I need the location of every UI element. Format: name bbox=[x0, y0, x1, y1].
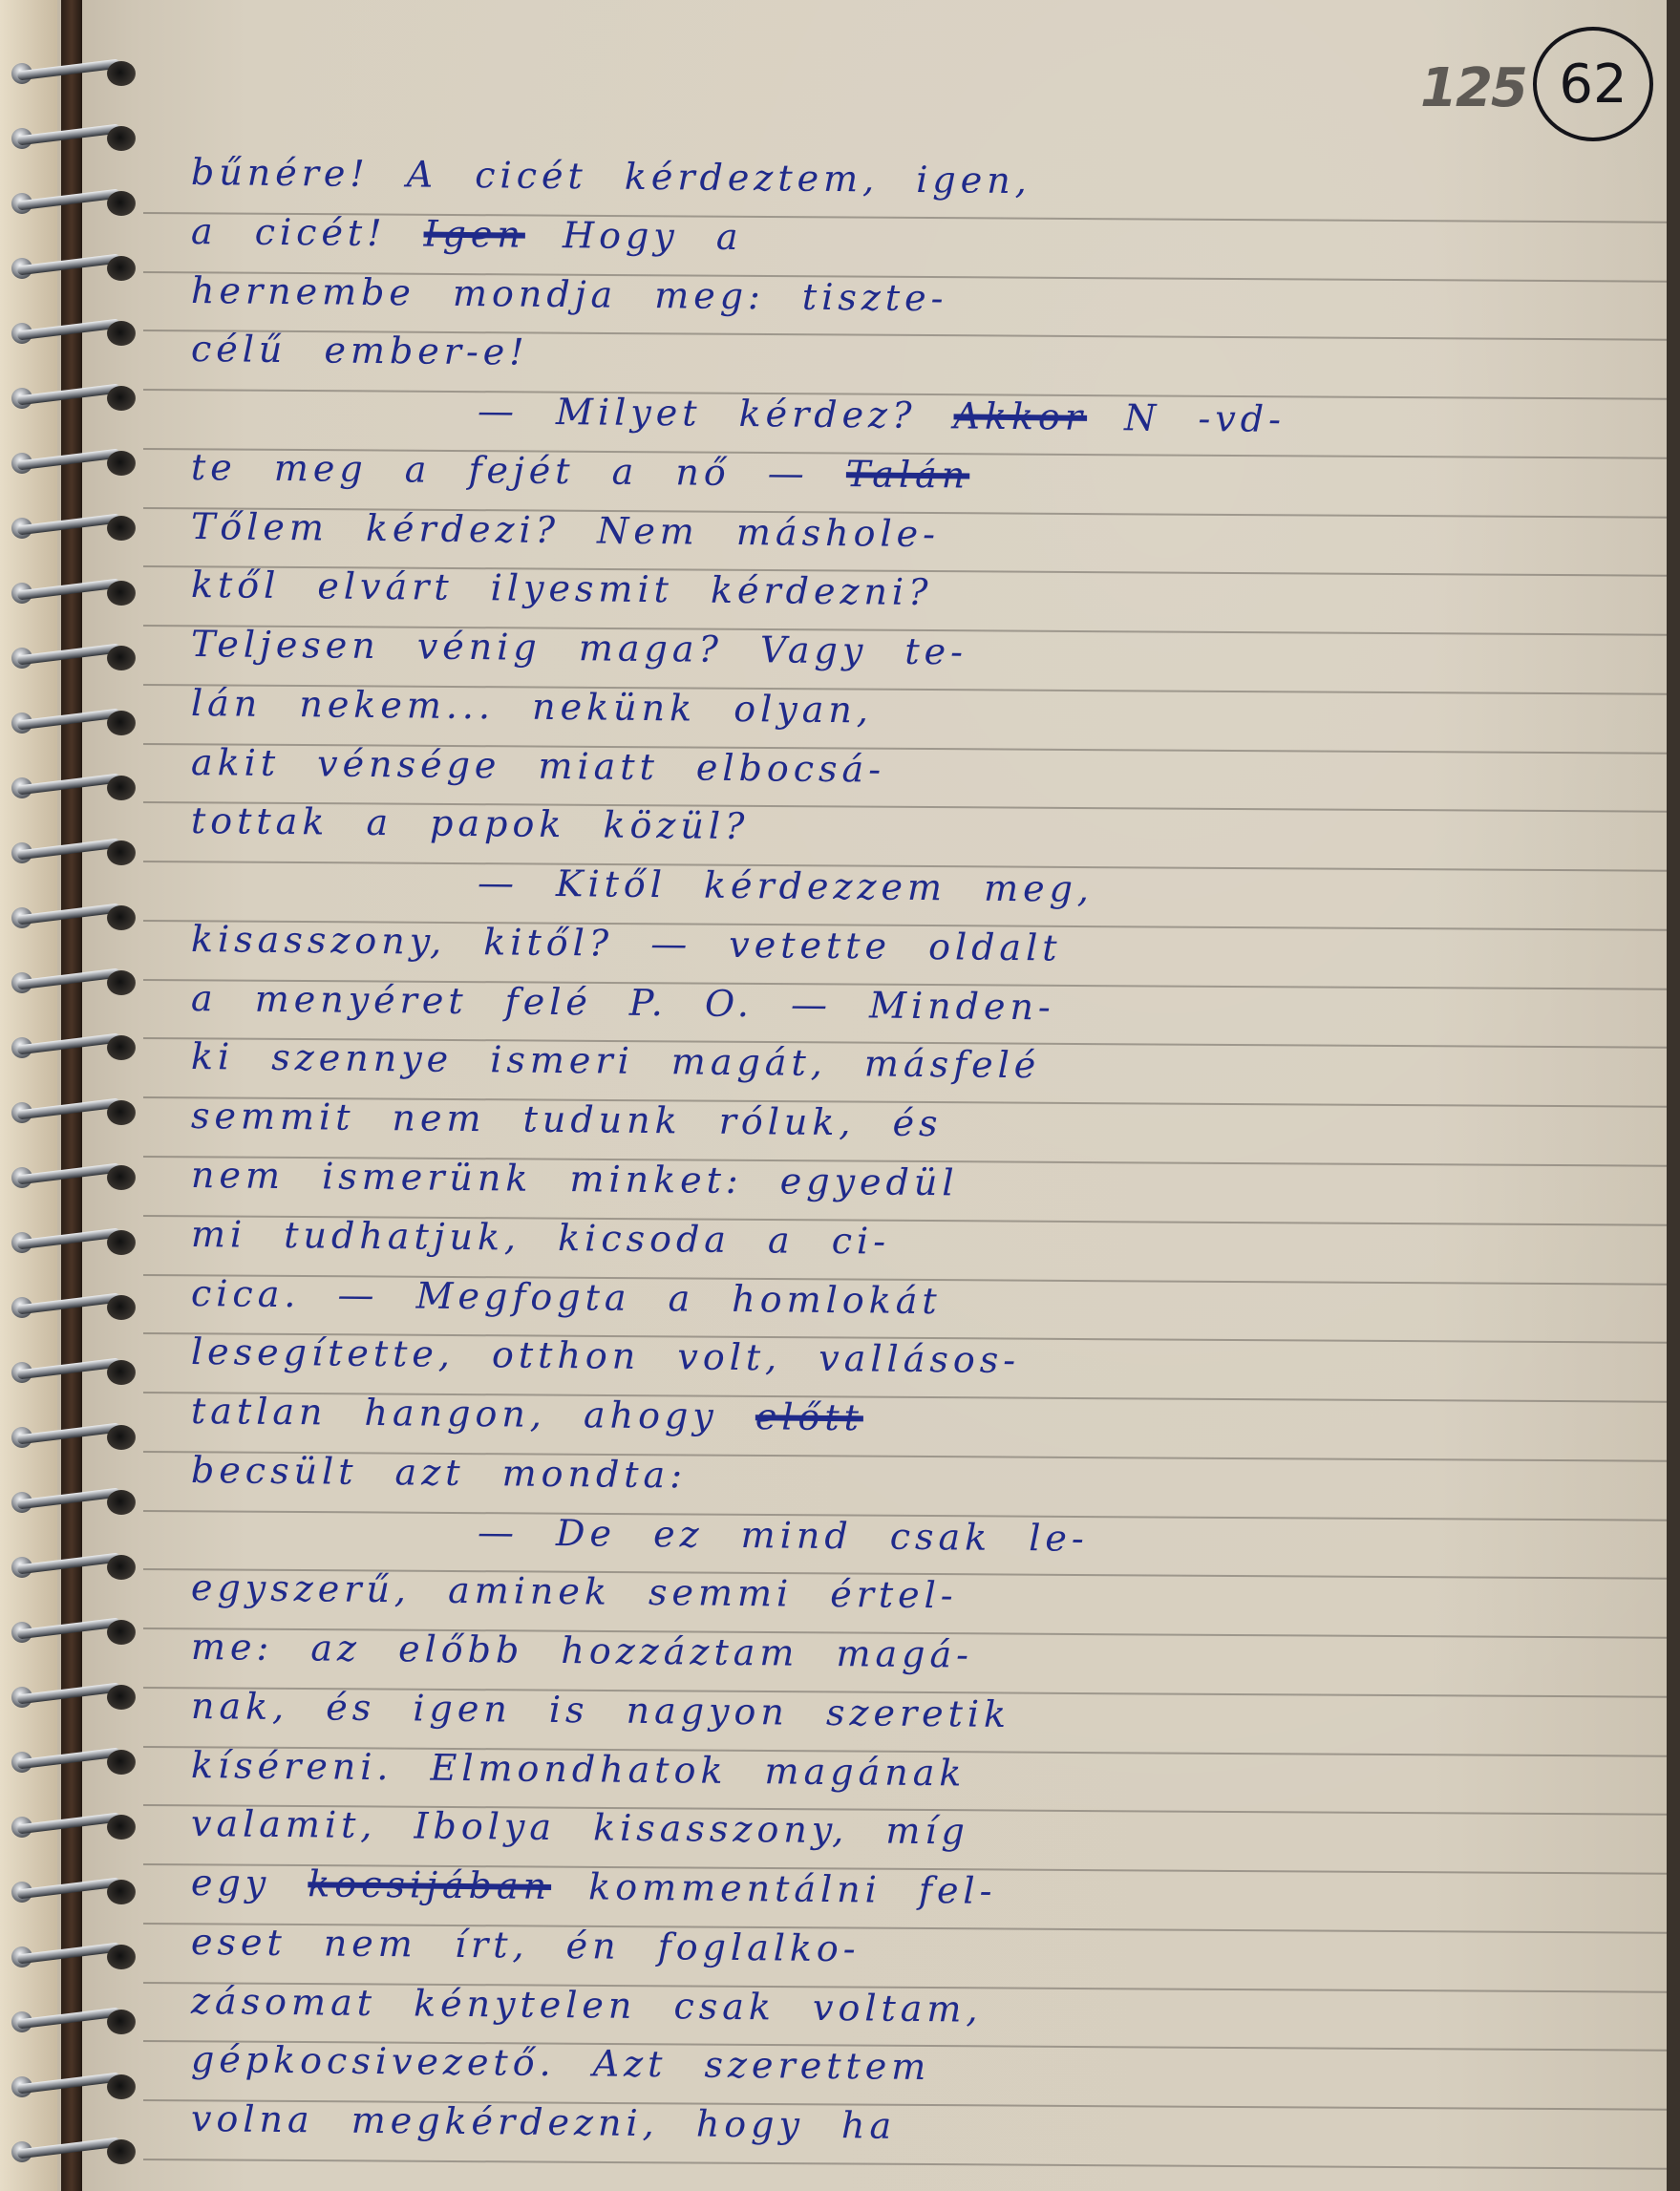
coil-wire bbox=[17, 383, 120, 405]
punch-hole bbox=[107, 1555, 136, 1580]
spiral-coil bbox=[11, 1421, 136, 1454]
coil-wire bbox=[17, 1487, 120, 1509]
spiral-coil bbox=[11, 2136, 136, 2168]
coil-wire bbox=[17, 513, 120, 535]
punch-hole bbox=[107, 321, 136, 346]
punch-hole bbox=[107, 1035, 136, 1060]
punch-hole bbox=[107, 1425, 136, 1450]
punch-hole bbox=[107, 1815, 136, 1840]
punch-hole bbox=[107, 516, 136, 541]
punch-hole bbox=[107, 386, 136, 411]
spiral-coil bbox=[11, 187, 136, 220]
coil-wire bbox=[17, 1812, 120, 1834]
coil-wire bbox=[17, 1682, 120, 1704]
punch-hole bbox=[107, 1945, 136, 1969]
coil-wire bbox=[17, 123, 120, 145]
coil-wire bbox=[17, 708, 120, 730]
spiral-coil bbox=[11, 837, 136, 869]
coil-wire bbox=[17, 903, 120, 925]
page-number-circled-text: 62 bbox=[1559, 53, 1627, 116]
coil-wire bbox=[17, 1227, 120, 1249]
struck-word: előtt bbox=[755, 1395, 864, 1438]
spiral-coil bbox=[11, 1616, 136, 1649]
spiral-coil bbox=[11, 1551, 136, 1584]
coil-wire bbox=[17, 1357, 120, 1379]
spiral-coil bbox=[11, 382, 136, 415]
spiral-coil bbox=[11, 1226, 136, 1259]
spiral-coil bbox=[11, 447, 136, 479]
punch-hole bbox=[107, 1620, 136, 1645]
spiral-coil bbox=[11, 252, 136, 285]
punch-hole bbox=[107, 711, 136, 735]
coil-wire bbox=[17, 1552, 120, 1574]
punch-hole bbox=[107, 1100, 136, 1125]
coil-wire bbox=[17, 448, 120, 470]
punch-hole bbox=[107, 970, 136, 995]
spiral-coil bbox=[11, 1681, 136, 1713]
coil-wire bbox=[17, 643, 120, 665]
coil-wire bbox=[17, 2072, 120, 2094]
spiral-coil bbox=[11, 967, 136, 999]
coil-wire bbox=[17, 1747, 120, 1769]
punch-hole bbox=[107, 1490, 136, 1515]
coil-wire bbox=[17, 968, 120, 989]
punch-hole bbox=[107, 451, 136, 476]
notebook-page: 125 62 bűnére! A cicét kérdeztem, igen, … bbox=[0, 0, 1667, 2191]
coil-wire bbox=[17, 1097, 120, 1119]
coil-wire bbox=[17, 318, 120, 340]
coil-wire bbox=[17, 1422, 120, 1444]
coil-wire bbox=[17, 188, 120, 210]
coil-wire bbox=[17, 773, 120, 795]
struck-word: kocsijában bbox=[308, 1862, 551, 1907]
punch-hole bbox=[107, 581, 136, 606]
spiral-binding bbox=[0, 0, 143, 2191]
coil-wire bbox=[17, 58, 120, 80]
coil-wire bbox=[17, 1032, 120, 1054]
spiral-coil bbox=[11, 1096, 136, 1129]
punch-hole bbox=[107, 191, 136, 216]
punch-hole bbox=[107, 2010, 136, 2034]
spiral-coil bbox=[11, 1811, 136, 1843]
spiral-coil bbox=[11, 1941, 136, 1973]
punch-hole bbox=[107, 2074, 136, 2099]
coil-wire bbox=[17, 1292, 120, 1314]
punch-hole bbox=[107, 840, 136, 865]
spiral-coil bbox=[11, 1746, 136, 1778]
spiral-coil bbox=[11, 317, 136, 350]
spiral-coil bbox=[11, 512, 136, 544]
coil-wire bbox=[17, 1877, 120, 1899]
spiral-coil bbox=[11, 122, 136, 155]
coil-wire bbox=[17, 1617, 120, 1639]
spiral-coil bbox=[11, 707, 136, 739]
coil-wire bbox=[17, 1942, 120, 1964]
struck-word: Igen bbox=[423, 212, 525, 255]
punch-hole bbox=[107, 1360, 136, 1385]
page-number-pencil: 125 bbox=[1420, 57, 1526, 119]
punch-hole bbox=[107, 256, 136, 281]
spiral-coil bbox=[11, 642, 136, 674]
spiral-coil bbox=[11, 902, 136, 934]
spiral-coil bbox=[11, 1291, 136, 1324]
punch-hole bbox=[107, 61, 136, 86]
coil-wire bbox=[17, 838, 120, 860]
punch-hole bbox=[107, 1230, 136, 1255]
punch-hole bbox=[107, 1750, 136, 1775]
coil-wire bbox=[17, 2137, 120, 2159]
spiral-coil bbox=[11, 1486, 136, 1519]
punch-hole bbox=[107, 646, 136, 670]
spiral-coil bbox=[11, 1032, 136, 1064]
spiral-coil bbox=[11, 2006, 136, 2038]
spiral-coil bbox=[11, 1876, 136, 1908]
punch-hole bbox=[107, 1880, 136, 1904]
spiral-coil bbox=[11, 772, 136, 804]
punch-hole bbox=[107, 126, 136, 151]
coil-wire bbox=[17, 253, 120, 275]
spiral-coil bbox=[11, 2071, 136, 2103]
punch-hole bbox=[107, 776, 136, 800]
punch-hole bbox=[107, 1165, 136, 1190]
struck-word: Akkor bbox=[953, 394, 1087, 437]
spiral-coil bbox=[11, 1356, 136, 1389]
struck-word: Talán bbox=[846, 453, 970, 496]
page-number-circled: 62 bbox=[1533, 27, 1653, 141]
spiral-coil bbox=[11, 1161, 136, 1194]
punch-hole bbox=[107, 1685, 136, 1710]
coil-wire bbox=[17, 578, 120, 600]
punch-hole bbox=[107, 1295, 136, 1320]
coil-wire bbox=[17, 1162, 120, 1184]
punch-hole bbox=[107, 905, 136, 930]
spiral-coil bbox=[11, 577, 136, 609]
spiral-coil bbox=[11, 57, 136, 90]
punch-hole bbox=[107, 2139, 136, 2164]
coil-wire bbox=[17, 2007, 120, 2029]
